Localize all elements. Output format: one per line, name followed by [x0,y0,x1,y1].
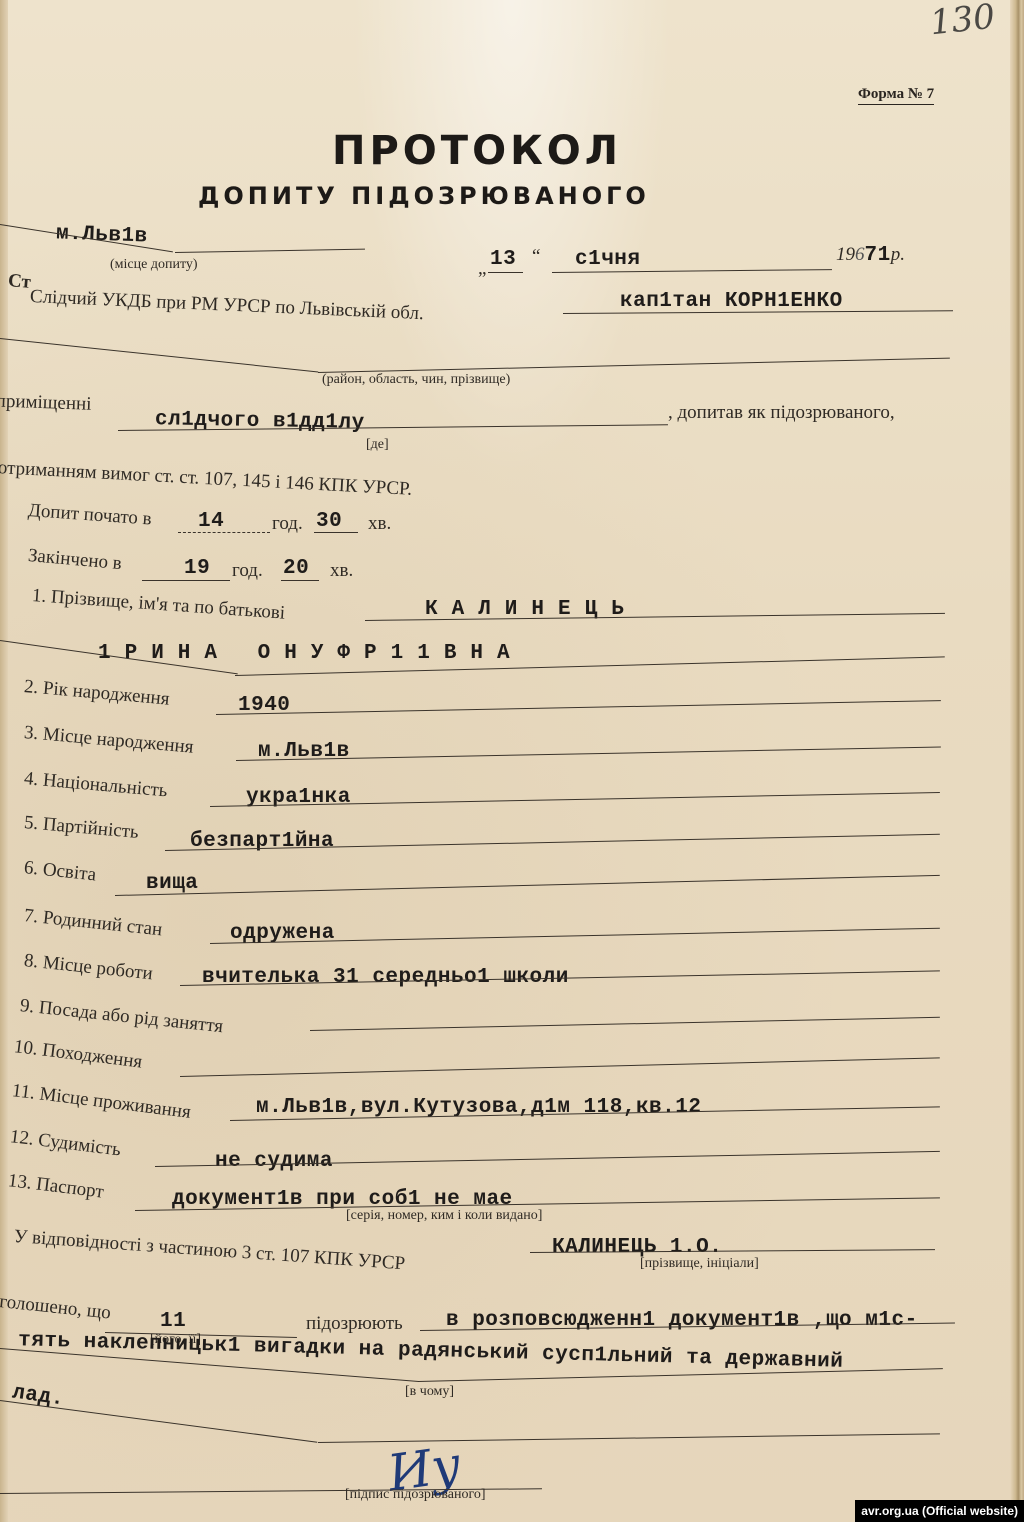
premises-prefix: в приміщенні [0,390,92,416]
start-hour-label: год. [272,513,303,535]
investigator-prefix: Ст [7,270,32,294]
field-2-line [216,700,941,715]
premises-value: сл1дчого в1дд1лу [155,408,365,435]
date-day-line [488,272,523,273]
date-day: 13 [490,248,516,271]
investigator-line2-left [0,338,318,372]
investigator-line2 [318,358,950,373]
document-title: ПРОТОКОЛ [332,128,622,174]
investigator-caption: (район, область, чин, прізвище) [322,372,510,388]
start-time-label: Допит почато в [27,500,152,531]
source-watermark: avr.org.ua (Official website) [855,1500,1024,1522]
start-hour-line [178,532,270,533]
document-page: 130 Форма № 7 ПРОТОКОЛ ДОПИТУ ПІДОЗРЮВАН… [0,0,1024,1522]
form-number: Форма № 7 [858,86,934,105]
field-13-caption: [серія, номер, ким і коли видано] [346,1208,542,1224]
end-hour-label: год. [232,560,263,582]
announcement-line3-left [0,1400,317,1443]
document-subtitle: ДОПИТУ ПІДОЗРЮВАНОГО [198,182,650,210]
field-4-label: 4. Національність [23,768,168,802]
investigator-label: Слідчий УКДБ при РМ УРСР по Львівській о… [30,286,425,325]
announcement-line2-rule [418,1368,943,1382]
field-6-value: вища [146,872,198,895]
date-year-overtyped: 6 [855,244,865,265]
field-6-label: 6. Освіта [23,857,97,886]
start-hour: 14 [198,510,224,533]
end-hour-line [142,580,230,581]
accordance-label: У відповідності з частиною 3 ст. 107 КПК… [13,1226,406,1275]
field-8-value: вчителька 31 середньо1 школи [202,966,569,989]
announcement-middle: підозрюють [306,1313,403,1335]
end-time-label: Закінчено в [27,545,123,575]
date-year: 19671р. [836,244,905,267]
field-8-label: 8. Місце роботи [23,950,154,985]
field-9-line [310,1017,940,1031]
right-page-edge [1010,0,1024,1522]
announcement-pronoun: 11 [160,1310,186,1333]
place-caption: (місце допиту) [110,257,198,273]
field-9-label: 9. Посада або рід заняття [19,995,224,1038]
end-minute-label: хв. [330,560,353,582]
start-minute-line [314,532,358,533]
date-close-quote: “ [532,246,540,268]
announcement-prefix: оголошено, що [0,1290,112,1325]
field-3-label: 3. Місце народження [23,722,194,759]
premises-caption: [де] [366,437,389,453]
end-minute: 20 [283,557,309,580]
premises-suffix: , допитав як підозрюваного, [668,402,895,424]
signature-caption: [підпис підозрюваного] [345,1487,486,1503]
date-year-typed: 71 [865,244,891,267]
announcement-caption: [в чому] [405,1384,454,1400]
date-year-suffix: р. [891,244,905,265]
investigator-value: кап1тан КОРН1ЕНКО [620,290,843,313]
announcement-line2: тять наклепницьк1 вигадки на радянський … [18,1329,844,1374]
accordance-caption: [прізвище, ініціали] [640,1256,759,1272]
start-minute-label: хв. [368,513,391,535]
field-1-given-names: 1РИНА ОНУФР11ВНА [98,642,524,665]
date-open-quote: „ [478,258,486,280]
start-minute: 30 [316,510,342,533]
date-year-prefix: 19 [836,244,855,265]
compliance-text: з дотриманням вимог ст. ст. 107, 145 і 1… [0,456,413,501]
field-12-label: 12. Судимість [9,1126,122,1161]
end-minute-line [281,580,319,581]
field-13-label: 13. Паспорт [7,1170,105,1204]
field-2-label: 2. Рік народження [23,676,170,711]
place-line [175,249,365,253]
field-1-label: 1. Прізвище, ім'я та по батькові [31,585,286,625]
field-7-label: 7. Родинний стан [23,905,163,941]
date-month: с1чня [575,248,641,271]
handwritten-page-number: 130 [928,0,997,43]
field-10-line [180,1057,940,1077]
field-6-line [115,875,940,896]
field-5-label: 5. Партійність [23,812,139,844]
field-11-label: 11. Місце проживання [11,1080,192,1124]
end-hour: 19 [184,557,210,580]
field-10-label: 10. Походження [13,1036,144,1074]
field-12-value: не судима [215,1150,333,1173]
